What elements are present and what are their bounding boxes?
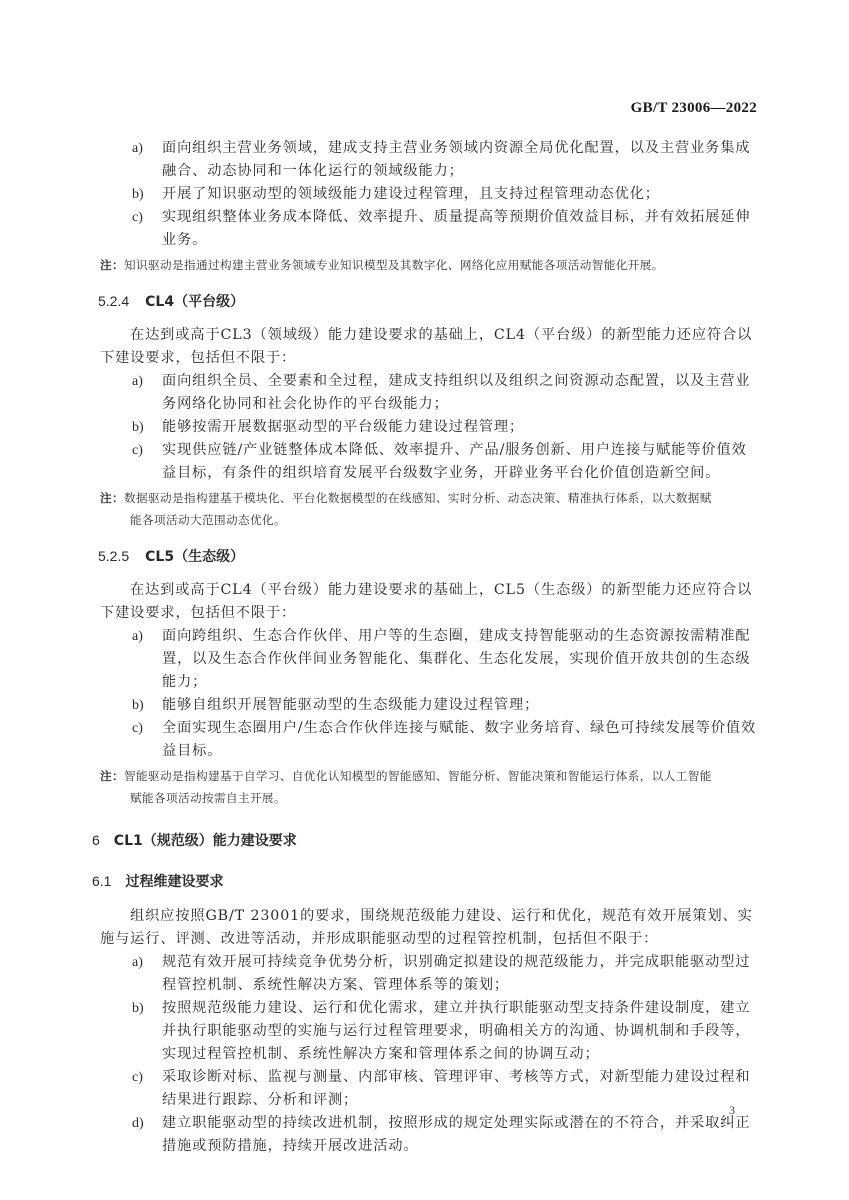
list-item: a)面向组织主营业务领域，建成支持主营业务领域内资源全局优化配置，以及主营业务集… — [100, 137, 758, 183]
section-number: 5.2.5 — [98, 548, 129, 564]
list-marker: a) — [132, 951, 143, 974]
list-item-text: 能够自组织开展智能驱动型的生态级能力建设过程管理； — [162, 697, 539, 713]
note-label: 注： — [100, 491, 124, 505]
list-item: a)规范有效开展可持续竞争优势分析，识别确定拟建设的规范级能力，并完成职能驱动型… — [100, 951, 758, 997]
list-marker: b) — [132, 997, 144, 1020]
list-item-text: 按照规范级能力建设、运行和优化需求，建立并执行职能驱动型支持条件建设制度，建立并… — [162, 1000, 750, 1062]
chapter-number: 6 — [92, 832, 100, 848]
note-label: 注： — [100, 769, 124, 783]
list-item-text: 规范有效开展可持续竞争优势分析，识别确定拟建设的规范级能力，并完成职能驱动型过程… — [162, 954, 750, 993]
list-item: b)开展了知识驱动型的领域级能力建设过程管理，且支持过程管理动态优化； — [100, 183, 758, 206]
list-marker: c) — [132, 1066, 143, 1089]
list-marker: b) — [132, 183, 144, 206]
list-item: c)实现供应链/产业链整体成本降低、效率提升、产品/服务创新、用户连接与赋能等价… — [100, 439, 758, 485]
standard-code-header: GB/T 23006—2022 — [631, 100, 757, 117]
list-item-text: 面向组织主营业务领域，建成支持主营业务领域内资源全局优化配置，以及主营业务集成融… — [162, 140, 750, 179]
list-marker: b) — [132, 416, 144, 439]
list-item-text: 实现组织整体业务成本降低、效率提升、质量提高等预期价值效益目标，并有效拓展延伸业… — [162, 209, 750, 248]
list-item-text: 建立职能驱动型的持续改进机制，按照形成的规定处理实际或潜在的不符合，并采取纠正措… — [162, 1115, 750, 1154]
list-marker: c) — [132, 206, 143, 229]
section-title: 过程维建设要求 — [125, 874, 223, 890]
chapter-title: CL1（规范级）能力建设要求 — [114, 833, 297, 849]
chapter-heading-6: 6CL1（规范级）能力建设要求 — [92, 829, 758, 852]
list-item: a)面向跨组织、生态合作伙伴、用户等的生态圈，建成支持智能驱动的生态资源按需精准… — [100, 625, 758, 694]
list-marker: c) — [132, 439, 143, 462]
list-item-text: 面向组织全员、全要素和全过程，建成支持组织以及组织之间资源动态配置，以及主营业务… — [162, 373, 750, 412]
note-text: 知识驱动是指通过构建主营业务领域专业知识模型及其数字化、网络化应用赋能各项活动智… — [124, 258, 664, 272]
section-heading-5-2-4: 5.2.4CL4（平台级） — [98, 290, 758, 313]
list-marker: a) — [132, 370, 143, 393]
note: 注：数据驱动是指构建基于模块化、平台化数据模型的在线感知、实时分析、动态决策、精… — [100, 487, 758, 531]
list-item: d)建立职能驱动型的持续改进机制，按照形成的规定处理实际或潜在的不符合，并采取纠… — [100, 1112, 758, 1158]
list-item: c)全面实现生态圈用户/生态合作伙伴连接与赋能、数字业务培育、绿色可持续发展等价… — [100, 717, 758, 763]
intro-paragraph: 组织应按照GB/T 23001的要求，围绕规范级能力建设、运行和优化，规范有效开… — [100, 905, 758, 951]
list-item-text: 开展了知识驱动型的领域级能力建设过程管理，且支持过程管理动态优化； — [162, 186, 660, 202]
list-item: c)采取诊断对标、监视与测量、内部审核、管理评审、考核等方式，对新型能力建设过程… — [100, 1066, 758, 1112]
section-number: 5.2.4 — [98, 293, 129, 309]
intro-paragraph: 在达到或高于CL3（领域级）能力建设要求的基础上，CL4（平台级）的新型能力还应… — [100, 324, 758, 370]
section-number: 6.1 — [92, 873, 111, 889]
note-text-line-1: 智能驱动是指构建基于自学习、自优化认知模型的智能感知、智能分析、智能决策和智能运… — [124, 769, 712, 783]
intro-paragraph: 在达到或高于CL4（平台级）能力建设要求的基础上，CL5（生态级）的新型能力还应… — [100, 579, 758, 625]
note-text-line-1: 数据驱动是指构建基于模块化、平台化数据模型的在线感知、实时分析、动态决策、精准执… — [124, 491, 712, 505]
list-item: b)按照规范级能力建设、运行和优化需求，建立并执行职能驱动型支持条件建设制度，建… — [100, 997, 758, 1066]
section-heading-6-1: 6.1过程维建设要求 — [92, 870, 758, 893]
page-content: a)面向组织主营业务领域，建成支持主营业务领域内资源全局优化配置，以及主营业务集… — [100, 137, 758, 1158]
section-heading-5-2-5: 5.2.5CL5（生态级） — [98, 545, 758, 568]
list-item-text: 全面实现生态圈用户/生态合作伙伴连接与赋能、数字业务培育、绿色可持续发展等价值效… — [162, 720, 756, 759]
note-text-line-2: 能各项活动大范围动态优化。 — [100, 509, 758, 531]
document-page: GB/T 23006—2022 a)面向组织主营业务领域，建成支持主营业务领域内… — [0, 0, 849, 1200]
list-item-text: 实现供应链/产业链整体成本降低、效率提升、产品/服务创新、用户连接与赋能等价值效… — [162, 442, 747, 481]
note: 注：知识驱动是指通过构建主营业务领域专业知识模型及其数字化、网络化应用赋能各项活… — [100, 254, 758, 276]
list-item-text: 能够按需开展数据驱动型的平台级能力建设过程管理； — [162, 419, 524, 435]
page-number: 3 — [729, 1103, 735, 1118]
note-text-line-2: 赋能各项活动按需自主开展。 — [100, 787, 758, 809]
list-marker: a) — [132, 137, 143, 160]
list-item: a)面向组织全员、全要素和全过程，建成支持组织以及组织之间资源动态配置，以及主营… — [100, 370, 758, 416]
list-marker: c) — [132, 717, 143, 740]
list-marker: b) — [132, 694, 144, 717]
section-title: CL4（平台级） — [145, 294, 244, 310]
section-title: CL5（生态级） — [145, 549, 244, 565]
section-5-2-3-list: a)面向组织主营业务领域，建成支持主营业务领域内资源全局优化配置，以及主营业务集… — [100, 137, 758, 276]
list-marker: d) — [132, 1112, 144, 1135]
list-item: c)实现组织整体业务成本降低、效率提升、质量提高等预期价值效益目标，并有效拓展延… — [100, 206, 758, 252]
list-marker: a) — [132, 625, 143, 648]
list-item-text: 采取诊断对标、监视与测量、内部审核、管理评审、考核等方式，对新型能力建设过程和结… — [162, 1069, 750, 1108]
note: 注：智能驱动是指构建基于自学习、自优化认知模型的智能感知、智能分析、智能决策和智… — [100, 765, 758, 809]
list-item: b)能够自组织开展智能驱动型的生态级能力建设过程管理； — [100, 694, 758, 717]
note-label: 注： — [100, 258, 124, 272]
list-item-text: 面向跨组织、生态合作伙伴、用户等的生态圈，建成支持智能驱动的生态资源按需精准配置… — [162, 628, 750, 690]
list-item: b)能够按需开展数据驱动型的平台级能力建设过程管理； — [100, 416, 758, 439]
